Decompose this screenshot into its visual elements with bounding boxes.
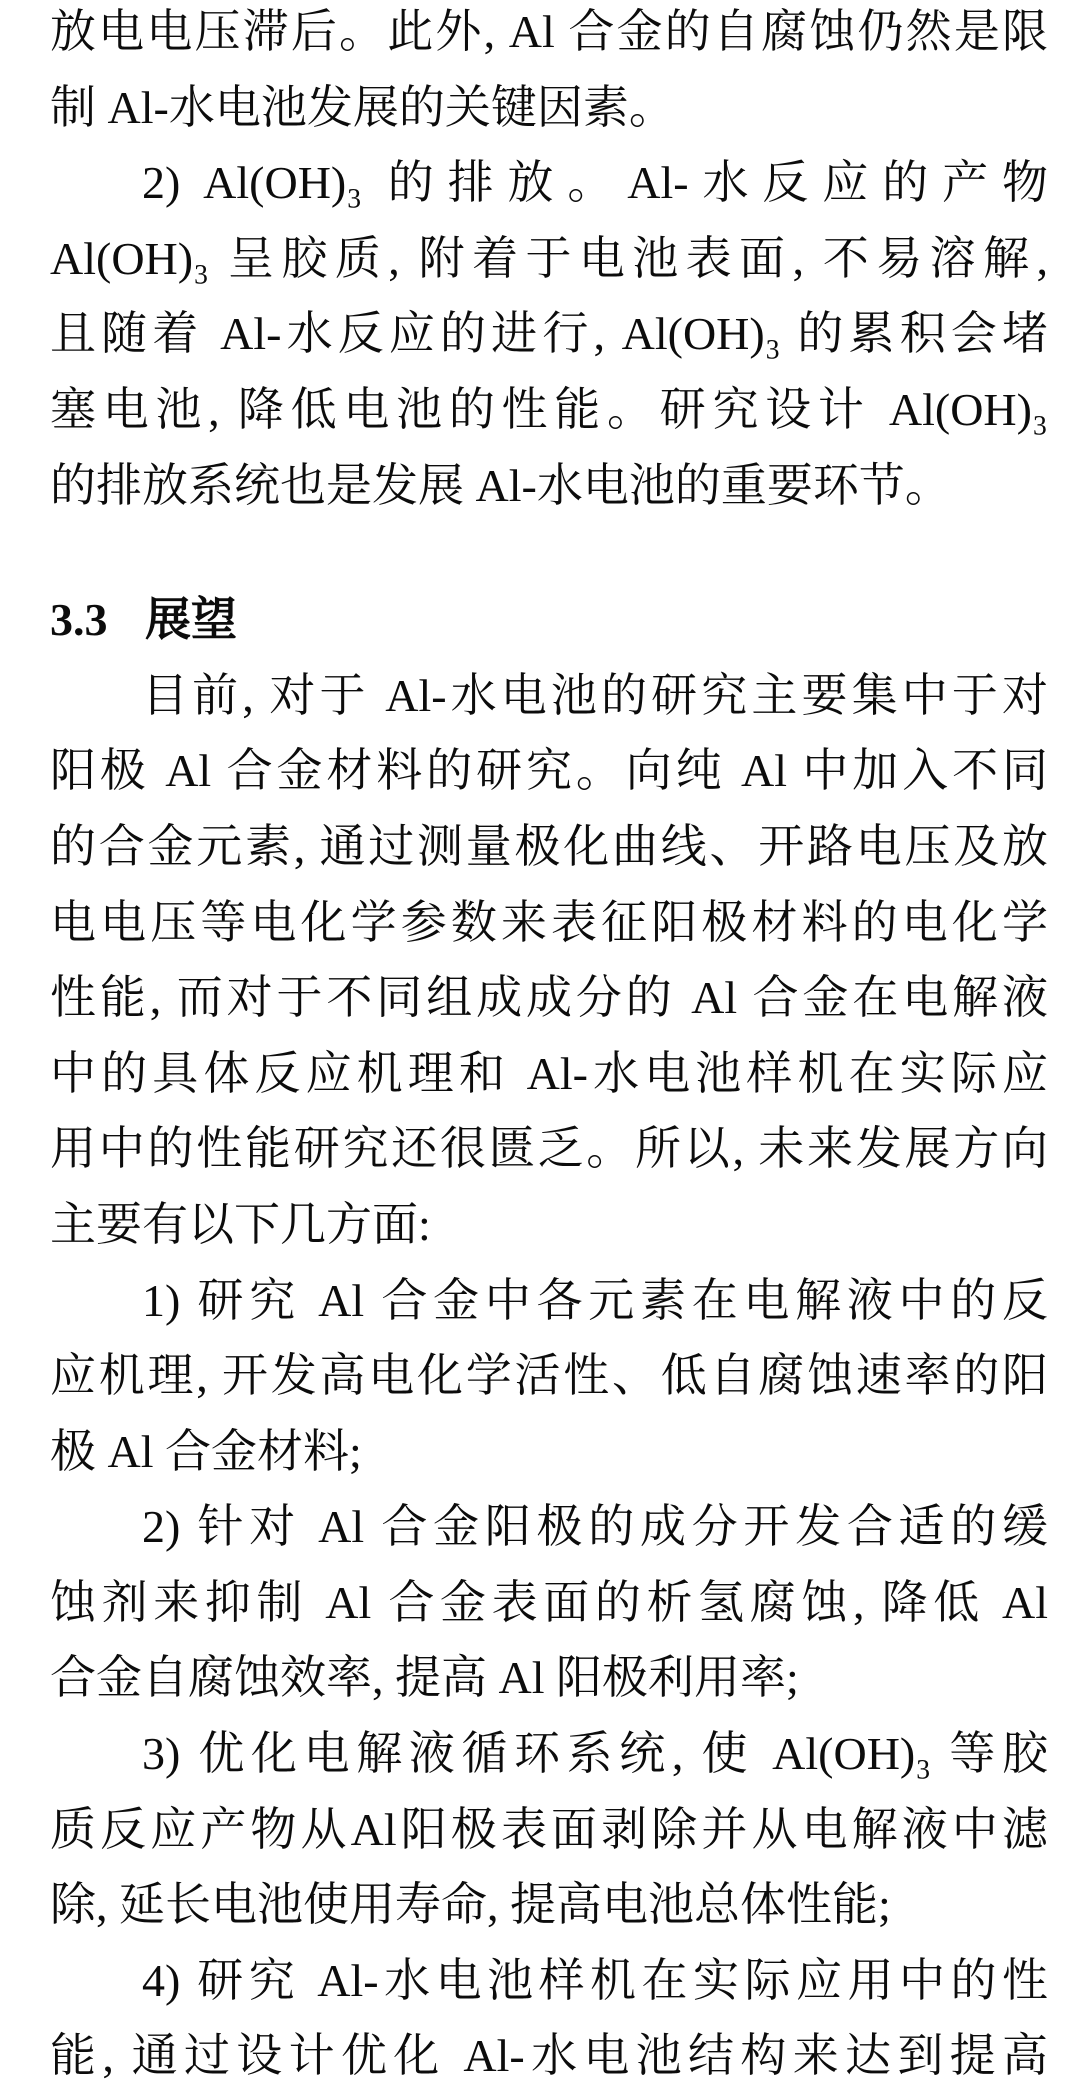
text-line: Al(OH)₃ 呈胶质, 附着于电池表面, 不易溶解, bbox=[50, 221, 1048, 297]
section-heading: 3.3 展望 bbox=[50, 582, 1048, 658]
text-line: 极 Al 合金材料; bbox=[50, 1414, 1048, 1490]
text-line: 制 Al-水电池发展的关键因素。 bbox=[50, 70, 1048, 146]
text-line: 中的具体反应机理和 Al-水电池样机在实际应 bbox=[50, 1036, 1048, 1112]
paragraph-continuation: 放电电压滞后。此外, Al 合金的自腐蚀仍然是限 制 Al-水电池发展的关键因素… bbox=[50, 0, 1048, 145]
text-line: 且随着 Al-水反应的进行, Al(OH)₃ 的累积会堵 bbox=[50, 296, 1048, 372]
text-line: 4) 研究 Al-水电池样机在实际应用中的性 bbox=[50, 1943, 1048, 2019]
text-line: 2) Al(OH)₃ 的排放。Al-水反应的产物 bbox=[50, 145, 1048, 221]
text-line: 应机理, 开发高电化学活性、低自腐蚀速率的阳 bbox=[50, 1338, 1048, 1414]
text-line: 2) 针对 Al 合金阳极的成分开发合适的缓 bbox=[50, 1489, 1048, 1565]
paragraph-outlook-intro: 目前, 对于 Al-水电池的研究主要集中于对 阳极 Al 合金材料的研究。向纯 … bbox=[50, 658, 1048, 1263]
text-line: 1) 研究 Al 合金中各元素在电解液中的反 bbox=[50, 1263, 1048, 1339]
text-line: 质反应产物从Al阳极表面剥除并从电解液中滤 bbox=[50, 1792, 1048, 1868]
text-line: 主要有以下几方面: bbox=[50, 1187, 1048, 1263]
text-line: 塞电池, 降低电池的性能。研究设计 Al(OH)₃ bbox=[50, 372, 1048, 448]
text-line: 用中的性能研究还很匮乏。所以, 未来发展方向 bbox=[50, 1111, 1048, 1187]
text-line: 电电压等电化学参数来表征阳极材料的电化学 bbox=[50, 885, 1048, 961]
text-line: 蚀剂来抑制 Al 合金表面的析氢腐蚀, 降低 Al bbox=[50, 1565, 1048, 1641]
text-line: 的合金元素, 通过测量极化曲线、开路电压及放 bbox=[50, 809, 1048, 885]
text-line: 的排放系统也是发展 Al-水电池的重要环节。 bbox=[50, 448, 1048, 524]
paragraph-item-2-aloh3-discharge: 2) Al(OH)₃ 的排放。Al-水反应的产物 Al(OH)₃ 呈胶质, 附着… bbox=[50, 145, 1048, 523]
paragraph-direction-1: 1) 研究 Al 合金中各元素在电解液中的反 应机理, 开发高电化学活性、低自腐… bbox=[50, 1263, 1048, 1490]
section-number: 3.3 bbox=[50, 582, 108, 658]
paragraph-direction-2: 2) 针对 Al 合金阳极的成分开发合适的缓 蚀剂来抑制 Al 合金表面的析氢腐… bbox=[50, 1489, 1048, 1716]
text-line: 合金自腐蚀效率, 提高 Al 阳极利用率; bbox=[50, 1640, 1048, 1716]
section-title: 展望 bbox=[145, 582, 237, 658]
paragraph-direction-3: 3) 优化电解液循环系统, 使 Al(OH)₃ 等胶 质反应产物从Al阳极表面剥… bbox=[50, 1716, 1048, 1943]
text-line: 阳极 Al 合金材料的研究。向纯 Al 中加入不同 bbox=[50, 733, 1048, 809]
text-line: 目前, 对于 Al-水电池的研究主要集中于对 bbox=[50, 658, 1048, 734]
text-line: 3) 优化电解液循环系统, 使 Al(OH)₃ 等胶 bbox=[50, 1716, 1048, 1792]
paragraph-direction-4: 4) 研究 Al-水电池样机在实际应用中的性 能, 通过设计优化 Al-水电池结… bbox=[50, 1943, 1048, 2094]
document-page: 放电电压滞后。此外, Al 合金的自腐蚀仍然是限 制 Al-水电池发展的关键因素… bbox=[0, 0, 1080, 2096]
text-line: 性能, 而对于不同组成成分的 Al 合金在电解液 bbox=[50, 960, 1048, 1036]
text-line: 放电电压滞后。此外, Al 合金的自腐蚀仍然是限 bbox=[50, 0, 1048, 70]
text-line: 能, 通过设计优化 Al-水电池结构来达到提高 bbox=[50, 2018, 1048, 2094]
text-line: 除, 延长电池使用寿命, 提高电池总体性能; bbox=[50, 1867, 1048, 1943]
text-column: 放电电压滞后。此外, Al 合金的自腐蚀仍然是限 制 Al-水电池发展的关键因素… bbox=[0, 0, 1080, 2094]
